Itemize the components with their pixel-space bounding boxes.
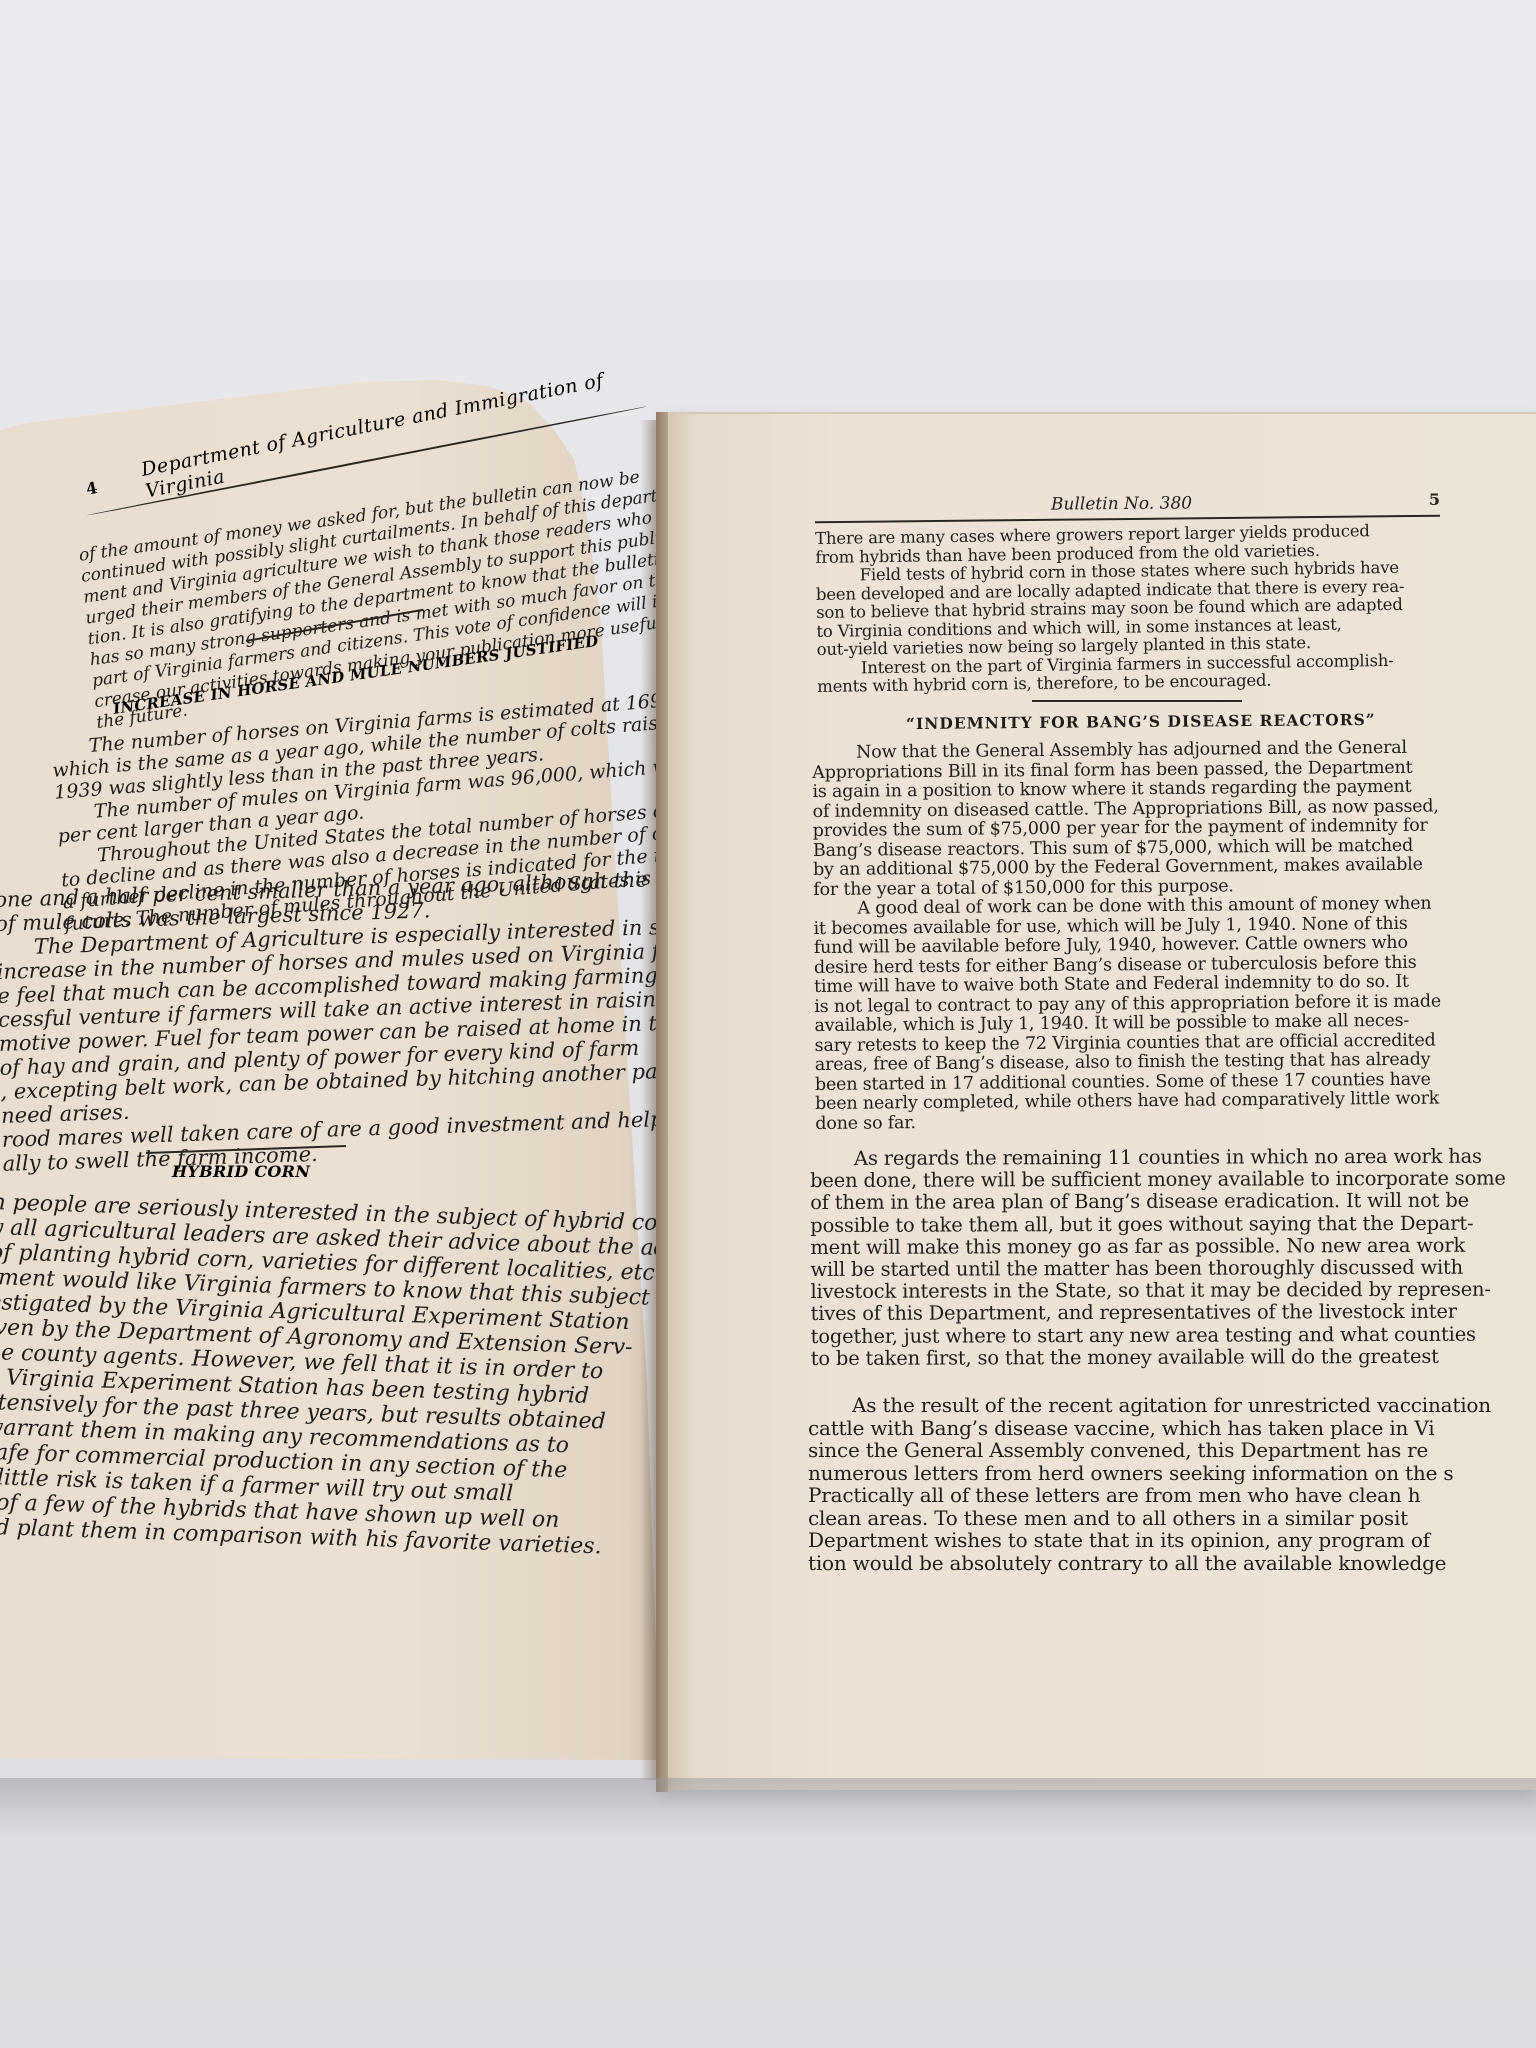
- heading-hybrid-corn: Hybrid Corn: [172, 1162, 310, 1181]
- horse-mule-paragraphs-cont: one and a half per cent smaller than a y…: [0, 865, 746, 1176]
- hybrid-corn-paragraph: n people are seriously interested in the…: [0, 1190, 689, 1562]
- running-head-bulletin: Bulletin No. 380: [1051, 493, 1192, 514]
- text-line: Department wishes to state that in its o…: [808, 1529, 1491, 1552]
- text-line: of them in the area plan of Bang’s disea…: [810, 1190, 1506, 1215]
- text-line: since the General Assembly convened, thi…: [808, 1439, 1491, 1462]
- text-line: clean areas. To these men and to all oth…: [808, 1507, 1491, 1530]
- bangs-paragraph-3: As regards the remaining 11 counties in …: [810, 1146, 1506, 1370]
- text-line: As the result of the recent agitation fo…: [808, 1394, 1491, 1417]
- text-line: numerous letters from herd owners seekin…: [808, 1462, 1491, 1485]
- bangs-paragraph-4: As the result of the recent agitation fo…: [808, 1394, 1491, 1574]
- page-number-right: 5: [1429, 490, 1440, 509]
- text-line: cattle with Bang’s disease vaccine, whic…: [808, 1417, 1491, 1440]
- right-running-head: Bulletin No. 380 5: [815, 494, 1440, 524]
- text-line: to be taken first, so that the money ava…: [811, 1345, 1507, 1370]
- table-shadow: [0, 1778, 1536, 1838]
- text-line: tion would be absolutely contrary to all…: [808, 1552, 1491, 1575]
- bangs-paragraph-1: Now that the General Assembly has adjour…: [812, 739, 1442, 1134]
- page-number-left: 4: [84, 478, 99, 499]
- spine-edge: [656, 412, 668, 1792]
- text-line: Practically all of these letters are fro…: [808, 1484, 1491, 1507]
- section-divider: [1032, 700, 1242, 702]
- hybrid-corn-continued: There are many cases where growers repor…: [815, 522, 1406, 697]
- text-line: tives of this Department, and representa…: [811, 1301, 1507, 1326]
- open-bulletin-photo: 4 Department of Agriculture and Immigrat…: [0, 0, 1536, 2048]
